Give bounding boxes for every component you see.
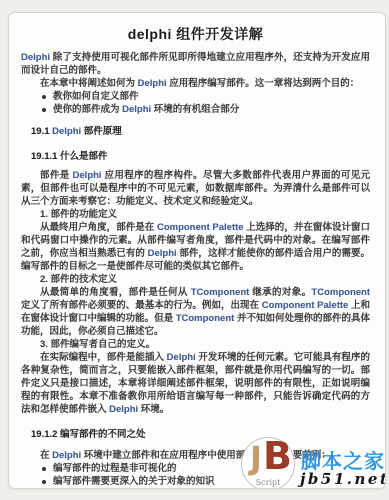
body-paragraph: 从最简单的角度看，部件是任何从 TComponent 继承的对象。TCompon… [21,286,370,338]
watermark-logo-letter-j: J [250,439,262,477]
list-item-text: 编写部件的过程是非可视化的 [53,462,177,475]
list-item: 使你的部件成为 Delphi 环境的有机组合部分 [42,103,370,116]
body-paragraph: 从最终用户角度，部件是在 Component Palette 上选择的，并在窗体… [21,221,370,273]
watermark-logo: J B Script [241,437,295,489]
intro-paragraph: Delphi 除了支持使用可视化部件所见即所得地建立应用程序外，还支持为开发应用… [21,51,370,77]
body-paragraph: 部件是 Delphi 应用程序的程序构件。尽管大多数部件代表用户界面的可见元素，… [21,169,370,208]
list-item-text: 编写部件需要遵循更多的规则 [53,488,177,489]
bullet-icon [42,480,46,484]
bullet-icon [42,108,46,112]
list-item: 教你如何自定义部件 [42,90,370,103]
section-heading-19-1: 19.1 Delphi 部件原理 [31,125,370,138]
list-item-text: 编写部件需要更深入的关于对象的知识 [53,475,215,488]
numbered-item-heading-1: 1. 部件的功能定义 [21,208,370,221]
bullet-icon [42,95,46,99]
subsection-heading-19-1-1: 19.1.1 什么是部件 [31,150,370,163]
bullet-icon [42,467,46,471]
watermark-logo-caption: Script [242,478,294,487]
document-page: delphi 组件开发详解 Delphi 除了支持使用可视化部件所见即所得地建立… [8,12,386,489]
page-title: delphi 组件开发详解 [21,24,370,44]
list-item: 编写部件需要遵循更多的规则 [42,488,370,489]
numbered-item-heading-2: 2. 部件的技术定义 [21,273,370,286]
numbered-item-heading-3: 3. 部件编写者自己的定义。 [21,338,370,351]
watermark-site-url: jb51.net [300,470,386,488]
body-paragraph: 在实际编程中，部件是能插入 Delphi 开发环境的任何元素。它可能具有程序的各… [21,351,370,416]
list-item-text: 教你如何自定义部件 [53,90,139,103]
list-item-text: 使你的部件成为 Delphi 环境的有机组合部分 [53,103,239,116]
chapter-goals-paragraph: 在本章中将阐述如何为 Delphi 应用程序编写部件。这一章将达到两个目的： [21,77,370,90]
watermark-logo-letter-b: B [263,434,292,478]
goal-bullet-list: 教你如何自定义部件 使你的部件成为 Delphi 环境的有机组合部分 [42,90,370,116]
site-watermark: J B Script 脚本之家 jb51.net [231,433,386,489]
